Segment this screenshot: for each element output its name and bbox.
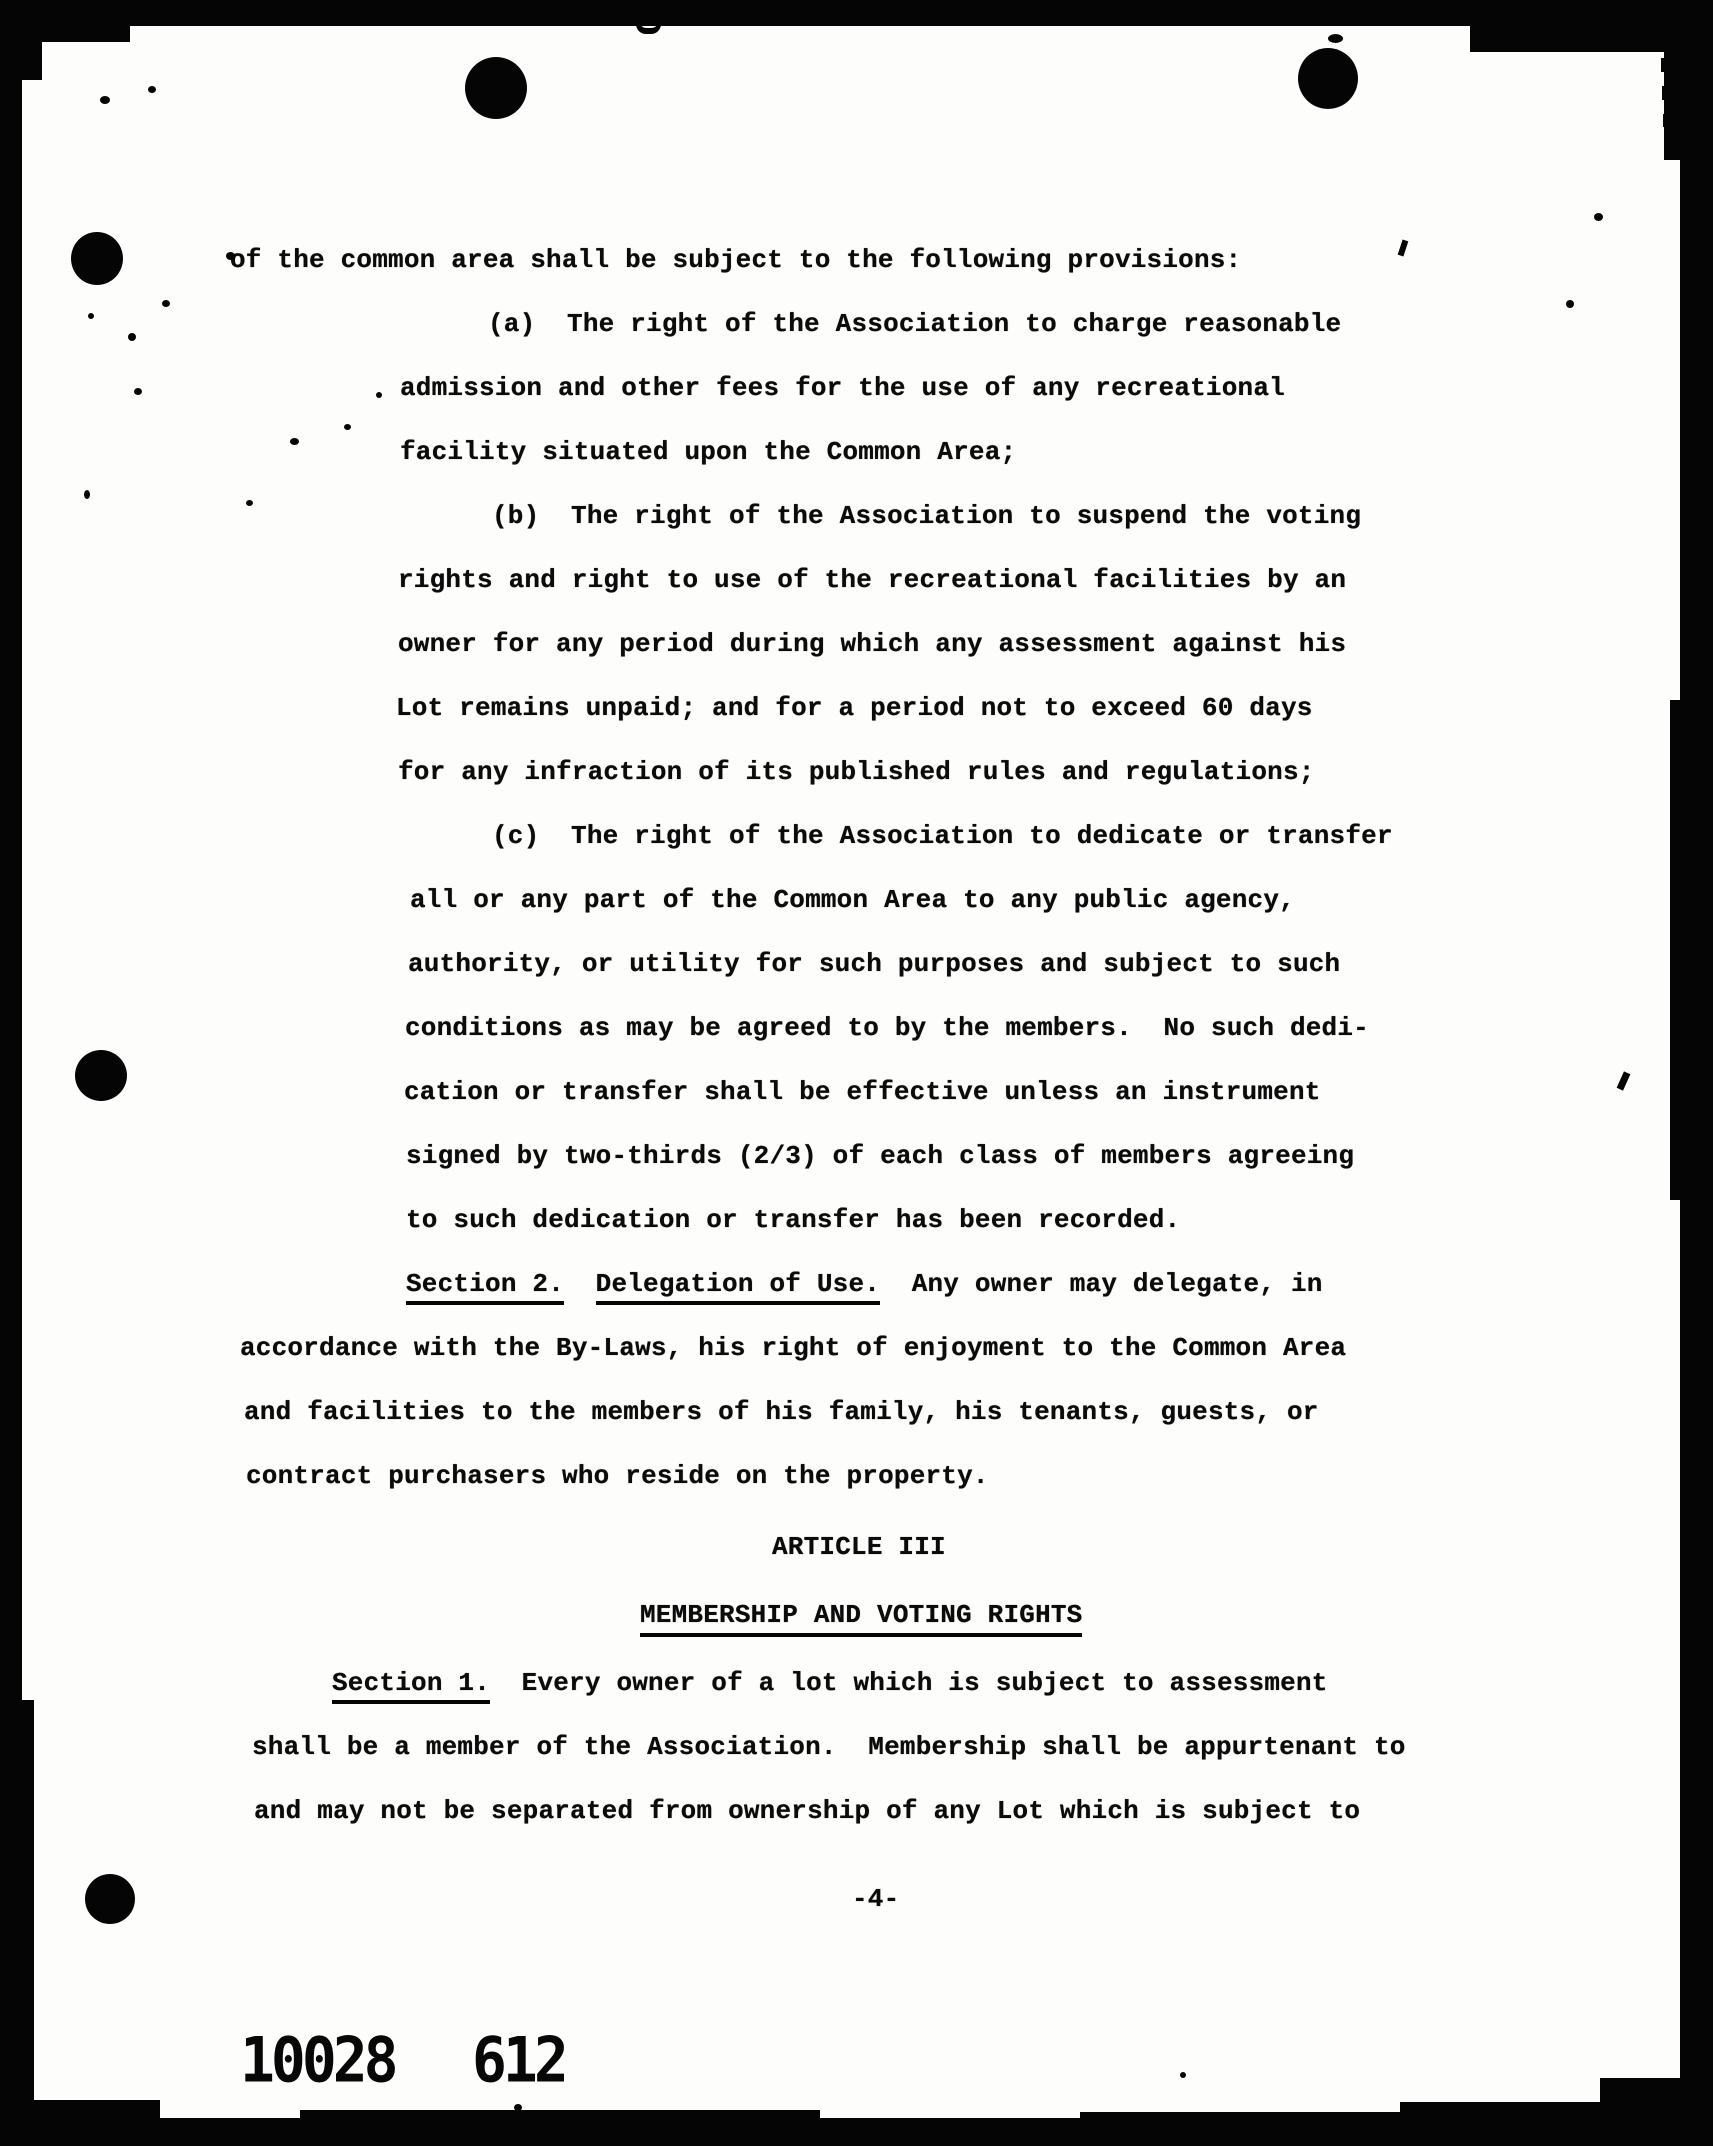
scan-edge-top bbox=[0, 0, 1713, 26]
clause-c-line: authority, or utility for such purposes … bbox=[408, 949, 1340, 979]
article-heading: ARTICLE III bbox=[772, 1532, 946, 1562]
clause-c-line: all or any part of the Common Area to an… bbox=[410, 885, 1295, 915]
ink-speck bbox=[134, 388, 142, 395]
scan-edge-right bbox=[1670, 700, 1688, 1200]
ink-speck bbox=[1594, 213, 1603, 221]
section-2-line: Section 2. Delegation of Use. Any owner … bbox=[406, 1269, 1323, 1299]
clause-b-line: rights and right to use of the recreatio… bbox=[398, 565, 1346, 595]
clause-a-line: facility situated upon the Common Area; bbox=[400, 437, 1016, 467]
scan-edge-bottom bbox=[300, 2110, 820, 2122]
clause-b-line: for any infraction of its published rule… bbox=[398, 757, 1315, 787]
section-2-text: Any owner may delegate, in bbox=[880, 1269, 1322, 1299]
ink-speck bbox=[1585, 40, 1591, 45]
stamp-number-left: 10028 bbox=[240, 2023, 395, 2096]
page-number: -4- bbox=[852, 1884, 899, 1914]
page-edge-tick bbox=[1661, 58, 1665, 72]
section-1-line: Section 1. Every owner of a lot which is… bbox=[332, 1668, 1328, 1698]
ink-speck bbox=[128, 333, 136, 341]
clause-a-line: (a) The right of the Association to char… bbox=[488, 309, 1341, 339]
clause-b-line: owner for any period during which any as… bbox=[398, 629, 1346, 659]
hole-punch-mark bbox=[1298, 48, 1358, 109]
section-2-continuation: accordance with the By-Laws, his right o… bbox=[240, 1333, 1346, 1363]
page-edge-tick bbox=[1662, 86, 1666, 100]
clause-c-line: signed by two-thirds (2/3) of each class… bbox=[406, 1141, 1354, 1171]
scanned-document-page: of the common area shall be subject to t… bbox=[0, 0, 1713, 2146]
page-edge-tick bbox=[1664, 140, 1668, 153]
section-2-title: Delegation of Use. bbox=[596, 1269, 880, 1305]
page-edge-tick bbox=[1660, 30, 1664, 45]
ink-speck bbox=[100, 96, 110, 104]
ink-speck bbox=[376, 392, 382, 398]
clause-c-line: cation or transfer shall be effective un… bbox=[404, 1077, 1321, 1107]
ink-speck bbox=[162, 300, 170, 307]
clause-c-line: (c) The right of the Association to dedi… bbox=[492, 821, 1393, 851]
ink-speck bbox=[84, 490, 90, 499]
clause-b-line: (b) The right of the Association to susp… bbox=[492, 501, 1361, 531]
hole-punch-mark bbox=[85, 1874, 135, 1924]
ink-speck bbox=[1328, 34, 1343, 43]
section-2-continuation: and facilities to the members of his fam… bbox=[244, 1397, 1319, 1427]
ink-speck bbox=[344, 424, 351, 430]
scan-squiggle-mark bbox=[636, 6, 661, 34]
ink-speck bbox=[246, 500, 253, 506]
apostrophe-mark bbox=[1398, 239, 1409, 256]
ink-speck bbox=[88, 313, 94, 319]
intro-line: of the common area shall be subject to t… bbox=[230, 245, 1241, 275]
ink-speck bbox=[514, 2104, 522, 2111]
section-1-continuation: shall be a member of the Association. Me… bbox=[252, 1732, 1406, 1762]
apostrophe-mark bbox=[1617, 1071, 1631, 1090]
scan-edge-bottom bbox=[1400, 2102, 1713, 2124]
clause-b-line: Lot remains unpaid; and for a period not… bbox=[396, 693, 1313, 723]
hole-punch-mark bbox=[71, 232, 123, 285]
page-edge-tick bbox=[1663, 114, 1667, 127]
section-2-label: Section 2. bbox=[406, 1269, 564, 1305]
section-1-continuation: and may not be separated from ownership … bbox=[254, 1796, 1360, 1826]
clause-c-line: conditions as may be agreed to by the me… bbox=[405, 1013, 1369, 1043]
scan-edge-bottom bbox=[0, 2100, 160, 2124]
ink-speck bbox=[148, 86, 156, 93]
scan-edge-left bbox=[0, 1700, 34, 2146]
stamp-number-right: 612 bbox=[472, 2023, 565, 2096]
section-2-continuation: contract purchasers who reside on the pr… bbox=[246, 1461, 989, 1491]
ink-speck bbox=[1180, 2072, 1186, 2078]
hole-punch-mark bbox=[465, 57, 527, 119]
section-1-label: Section 1. bbox=[332, 1668, 490, 1704]
hole-punch-mark bbox=[75, 1050, 127, 1101]
ink-speck bbox=[1566, 300, 1574, 308]
ink-speck bbox=[290, 438, 299, 445]
ink-speck bbox=[226, 252, 235, 260]
article-subheading: MEMBERSHIP AND VOTING RIGHTS bbox=[640, 1600, 1082, 1630]
clause-c-line: to such dedication or transfer has been … bbox=[406, 1205, 1180, 1235]
section-1-text: Every owner of a lot which is subject to… bbox=[490, 1668, 1328, 1698]
clause-a-line: admission and other fees for the use of … bbox=[400, 373, 1285, 403]
spacer bbox=[564, 1269, 596, 1299]
